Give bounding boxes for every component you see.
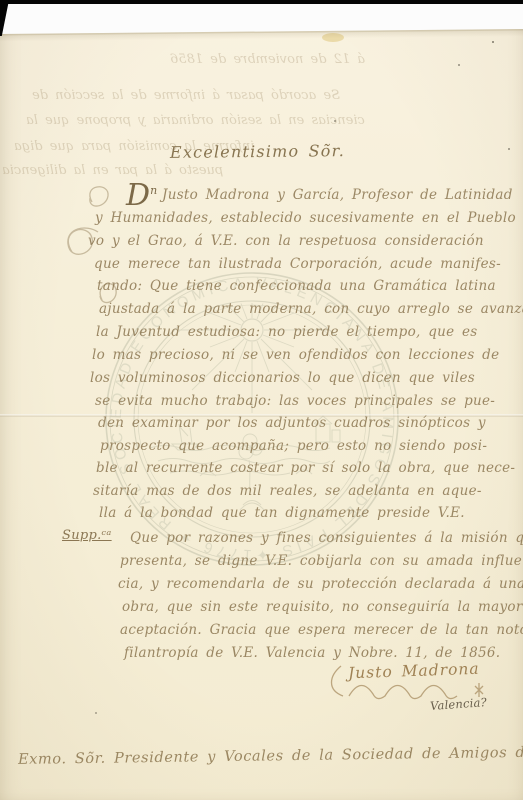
bleedthrough-line: ciencias en la sesión ordinaria y propon… bbox=[26, 113, 365, 128]
dust-speck bbox=[334, 120, 336, 122]
body-line: se evita mucho trabajo: las voces princi… bbox=[95, 393, 495, 409]
bleedthrough-line: puesto á la par en la diligencia bbox=[2, 163, 223, 178]
dust-speck bbox=[492, 41, 494, 43]
suplica-line: presenta, se digne V.E. cobijarla con su… bbox=[120, 553, 523, 569]
salutation-initial: Dn bbox=[126, 178, 157, 213]
suplica-label: Supp.ᶜᵃ bbox=[62, 528, 112, 543]
body-line: los voluminosos diccionarios lo que dice… bbox=[90, 370, 475, 386]
body-line: den examinar por los adjuntos cuadros si… bbox=[98, 415, 486, 431]
document-heading: Excelentisimo Sõr. bbox=[170, 141, 345, 162]
scanned-manuscript-letter: 1776 ✦ REAL SOCIEDAD ECONOMICA VALENCIAN… bbox=[0, 0, 523, 800]
body-line: ble al recurrente costear por sí solo la… bbox=[96, 460, 515, 476]
initial-superscript: n bbox=[150, 184, 157, 197]
suplica-line: Que por razones y fines consiguientes á … bbox=[130, 530, 523, 546]
body-line: Justo Madrona y García, Profesor de Lati… bbox=[162, 187, 513, 203]
initial-letter: D bbox=[126, 178, 150, 213]
suplica-line: obra, que sin este requisito, no consegu… bbox=[122, 599, 523, 615]
bleedthrough-line: á 12 de noviembre de 1856 bbox=[170, 52, 365, 67]
dust-speck bbox=[508, 148, 510, 150]
manuscript-page: 1776 ✦ REAL SOCIEDAD ECONOMICA VALENCIAN… bbox=[0, 0, 523, 800]
body-line: que merece tan ilustrada Corporación, ac… bbox=[94, 256, 501, 272]
scanner-edge-top bbox=[0, 0, 523, 4]
body-line: y Humanidades, establecido sucesivamente… bbox=[95, 210, 523, 226]
body-line: vo y el Grao, á V.E. con la respetuosa c… bbox=[88, 233, 484, 249]
body-line: sitaría mas de dos mil reales, se adelan… bbox=[93, 483, 482, 499]
body-line: ajustada á la parte moderna, con cuyo ar… bbox=[99, 301, 523, 317]
suplica-line: cia, y recomendarla de su protección dec… bbox=[118, 576, 523, 592]
dust-speck bbox=[95, 712, 97, 714]
suplica-line: aceptación. Gracia que espera merecer de… bbox=[120, 622, 523, 638]
dust-speck bbox=[458, 64, 460, 66]
body-line: la Juventud estudiosa: no pierde el tiem… bbox=[96, 324, 478, 340]
bleedthrough-line: Se acordó pasar á informe de la sección … bbox=[32, 88, 340, 103]
body-line: lo mas precioso, ni se ven ofendidos con… bbox=[92, 347, 499, 363]
body-line: prospecto que acompaña; pero esto no sie… bbox=[100, 438, 487, 454]
body-line: lla á la bondad que tan dignamente presi… bbox=[99, 505, 465, 521]
body-line: tando: Que tiene confeccionada una Gramá… bbox=[97, 278, 496, 294]
